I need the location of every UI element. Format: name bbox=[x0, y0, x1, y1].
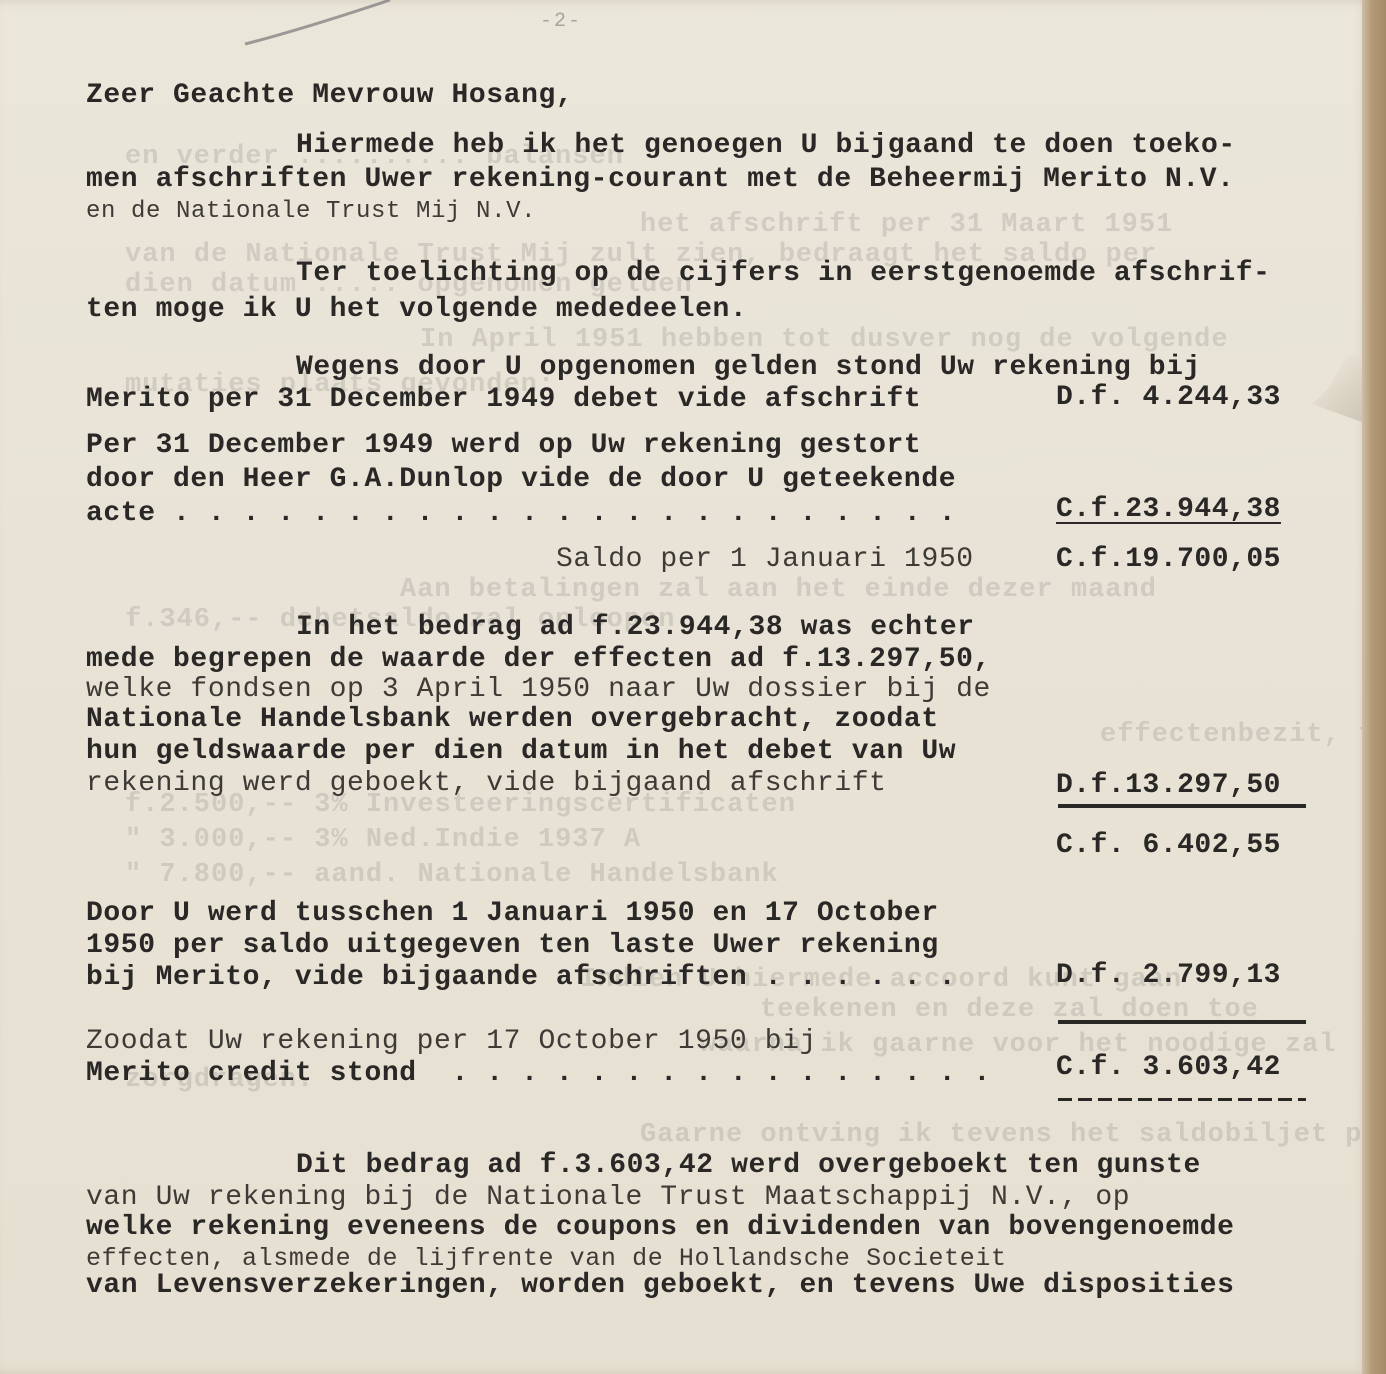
document-page: -2- en verder .......... balansen het af… bbox=[0, 0, 1370, 1374]
salutation: Zeer Geachte Mevrouw Hosang, bbox=[86, 80, 573, 111]
amount-securities-debit: D.f.13.297,50 bbox=[1056, 770, 1281, 801]
amount-saldo-1950: C.f.19.700,05 bbox=[1056, 544, 1281, 575]
sum-rule-1 bbox=[1058, 804, 1306, 808]
pencil-mark bbox=[240, 0, 400, 50]
page-number: -2- bbox=[540, 10, 582, 33]
amount-subtotal: C.f. 6.402,55 bbox=[1056, 830, 1281, 861]
amount-debit-1949: D.f. 4.244,33 bbox=[1056, 382, 1281, 413]
sum-rule-2 bbox=[1058, 1020, 1306, 1024]
paper-edge bbox=[1362, 0, 1386, 1374]
amount-deposit-1949: C.f.23.944,38 bbox=[1056, 494, 1281, 525]
saldo-label: Saldo per 1 Januari 1950 bbox=[556, 544, 974, 575]
double-rule bbox=[1058, 1098, 1306, 1101]
amount-final-credit: C.f. 3.603,42 bbox=[1056, 1052, 1281, 1083]
amount-spending-debit: D.f. 2.799,13 bbox=[1056, 960, 1281, 991]
